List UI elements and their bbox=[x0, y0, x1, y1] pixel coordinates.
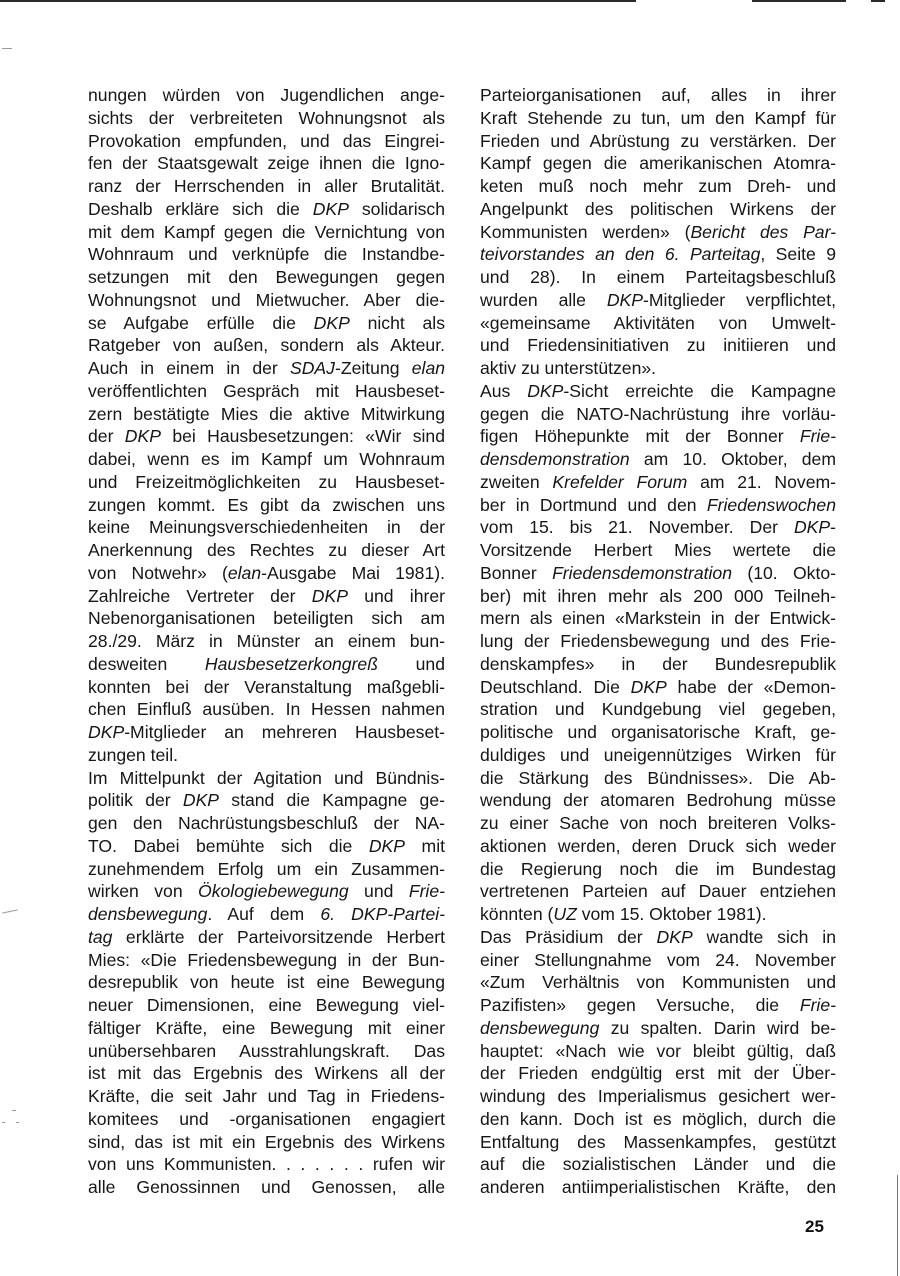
text-line: alle Genossinnen und Genossen, alle bbox=[88, 1176, 445, 1199]
scan-speck bbox=[2, 909, 18, 913]
text-line: ranz der Herrschenden in aller Brutalitä… bbox=[88, 175, 445, 198]
text-line: Bonner Friedensdemonstration (10. Okto- bbox=[480, 562, 836, 585]
text-line: aktiv zu unterstützen». bbox=[480, 357, 836, 380]
right-edge-rule bbox=[897, 1175, 898, 1276]
text-line: ber) mit ihren mehr als 200 000 Teilneh- bbox=[480, 585, 836, 608]
top-rule-left bbox=[0, 0, 636, 2]
text-line: veröffentlichten Gespräch mit Hausbeset- bbox=[88, 380, 445, 403]
text-line: der DKP bei Hausbesetzungen: «Wir sind bbox=[88, 425, 445, 448]
text-line: Pazifisten» gegen Versuche, die Frie- bbox=[480, 994, 836, 1017]
text-line: «gemeinsame Aktivitäten von Umwelt- bbox=[480, 312, 836, 335]
text-line: windung des Imperialismus gesichert wer- bbox=[480, 1085, 836, 1108]
text-line: komitees und -organisationen engagiert bbox=[88, 1108, 445, 1131]
text-line: figen Höhepunkte mit der Bonner Frie- bbox=[480, 425, 836, 448]
text-line: Kampf gegen die amerikanischen Atomra- bbox=[480, 152, 836, 175]
text-line: wirken von Ökologiebewegung und Frie- bbox=[88, 880, 445, 903]
text-line: Aus DKP-Sicht erreichte die Kampagne bbox=[480, 380, 836, 403]
text-line: nungen würden von Jugendlichen ange- bbox=[88, 84, 445, 107]
text-line: Parteiorganisationen auf, alles in ihrer bbox=[480, 84, 836, 107]
text-line: Nebenorganisationen beteiligten sich am bbox=[88, 607, 445, 630]
text-line: ist mit das Ergebnis des Wirkens all der bbox=[88, 1062, 445, 1085]
text-line: densbewegung. Auf dem 6. DKP-Partei- bbox=[88, 903, 445, 926]
text-line: «Zum Verhältnis von Kommunisten und bbox=[480, 971, 836, 994]
text-line: densdemonstration am 10. Oktober, dem bbox=[480, 448, 836, 471]
text-line: tag erklärte der Parteivorsitzende Herbe… bbox=[88, 926, 445, 949]
text-line: Kräfte, die seit Jahr und Tag in Frieden… bbox=[88, 1085, 445, 1108]
text-line: Deshalb erkläre sich die DKP solidarisch bbox=[88, 198, 445, 221]
page-number: 25 bbox=[805, 1217, 824, 1237]
text-line: zu einer Sache von noch breiteren Volks- bbox=[480, 812, 836, 835]
text-line: stration und Kundgebung viel gegeben, bbox=[480, 698, 836, 721]
text-line: lung der Friedensbewegung und des Frie- bbox=[480, 630, 836, 653]
text-line: Deutschland. Die DKP habe der «Demon- bbox=[480, 676, 836, 699]
text-line: zweiten Krefelder Forum am 21. Novem- bbox=[480, 471, 836, 494]
text-line: desweiten Hausbesetzerkongreß und bbox=[88, 653, 445, 676]
text-line: und 28). In einem Parteitagsbeschluß bbox=[480, 266, 836, 289]
text-line: zern bestätigte Mies die aktive Mitwirku… bbox=[88, 403, 445, 426]
text-line: wurden alle DKP-Mitglieder verpflichtet, bbox=[480, 289, 836, 312]
text-line: sichts der verbreiteten Wohnungsnot als bbox=[88, 107, 445, 130]
text-line: konnten bei der Veranstaltung maßgebli- bbox=[88, 676, 445, 699]
text-line: Entfaltung des Massenkampfes, gestützt bbox=[480, 1131, 836, 1154]
text-line: Mies: «Die Friedensbewegung in der Bun- bbox=[88, 949, 445, 972]
text-line: zungen teil. bbox=[88, 744, 445, 767]
text-line: den kann. Doch ist es möglich, durch die bbox=[480, 1108, 836, 1131]
text-line: Auch in einem in der SDAJ-Zeitung elan bbox=[88, 357, 445, 380]
text-column-left: nungen würden von Jugendlichen ange-sich… bbox=[88, 84, 445, 1199]
text-line: zunehmendem Erfolg um ein Zusammen- bbox=[88, 858, 445, 881]
text-line: fen der Staatsgewalt zeige ihnen die Ign… bbox=[88, 152, 445, 175]
text-line: Kommunisten werden» (Bericht des Par- bbox=[480, 221, 836, 244]
text-line: Anerkennung des Rechtes zu dieser Art bbox=[88, 539, 445, 562]
text-line: ber in Dortmund und den Friedenswochen bbox=[480, 494, 836, 517]
text-line: Angelpunkt des politischen Wirkens der bbox=[480, 198, 836, 221]
text-column-right: Parteiorganisationen auf, alles in ihrer… bbox=[480, 84, 836, 1199]
text-line: sind, das ist mit ein Ergebnis des Wirke… bbox=[88, 1131, 445, 1154]
text-line: politische und organisatorische Kraft, g… bbox=[480, 721, 836, 744]
text-line: unübersehbaren Ausstrahlungskraft. Das bbox=[88, 1040, 445, 1063]
text-line: Zahlreiche Vertreter der DKP und ihrer bbox=[88, 585, 445, 608]
text-line: denskampfes» in der Bundesrepublik bbox=[480, 653, 836, 676]
scan-speck bbox=[2, 48, 12, 49]
text-line: einer Stellungnahme vom 24. November bbox=[480, 949, 836, 972]
text-line: die Regierung noch die im Bundestag bbox=[480, 858, 836, 881]
text-line: Kraft Stehende zu tun, um den Kampf für bbox=[480, 107, 836, 130]
text-line: se Aufgabe erfülle die DKP nicht als bbox=[88, 312, 445, 335]
text-line: auf die sozialistischen Länder und die bbox=[480, 1153, 836, 1176]
text-line: der Frieden endgültig erst mit der Über- bbox=[480, 1062, 836, 1085]
text-line: desrepublik von heute ist eine Bewegung bbox=[88, 971, 445, 994]
text-line: hauptet: «Nach wie vor bleibt gültig, da… bbox=[480, 1040, 836, 1063]
scan-speck bbox=[16, 1122, 19, 1123]
text-line: teivorstandes an den 6. Parteitag, Seite… bbox=[480, 243, 836, 266]
top-rule-right bbox=[871, 0, 885, 2]
text-line: Provokation empfunden, und das Eingrei- bbox=[88, 130, 445, 153]
text-line: aktionen werden, deren Druck sich weder bbox=[480, 835, 836, 858]
scan-speck bbox=[2, 1122, 5, 1123]
text-line: Im Mittelpunkt der Agitation und Bündnis… bbox=[88, 767, 445, 790]
text-line: 28./29. März in Münster an einem bun- bbox=[88, 630, 445, 653]
text-line: Vorsitzende Herbert Mies wertete die bbox=[480, 539, 836, 562]
text-line: dabei, wenn es im Kampf um Wohnraum bbox=[88, 448, 445, 471]
text-line: mern als einen «Markstein in der Entwick… bbox=[480, 607, 836, 630]
text-line: könnten (UZ vom 15. Oktober 1981). bbox=[480, 903, 836, 926]
text-line: anderen antiimperialistischen Kräfte, de… bbox=[480, 1176, 836, 1199]
text-line: Das Präsidium der DKP wandte sich in bbox=[480, 926, 836, 949]
text-line: mit dem Kampf gegen die Vernichtung von bbox=[88, 221, 445, 244]
text-line: keten muß noch mehr zum Dreh- und bbox=[480, 175, 836, 198]
text-line: setzungen mit den Bewegungen gegen bbox=[88, 266, 445, 289]
text-line: und Friedensinitiativen zu initiieren un… bbox=[480, 334, 836, 357]
text-line: zungen kommt. Es gibt da zwischen uns bbox=[88, 494, 445, 517]
text-line: vom 15. bis 21. November. Der DKP- bbox=[480, 516, 836, 539]
text-line: Wohnraum und verknüpfe die Instandbe- bbox=[88, 243, 445, 266]
text-line: Frieden und Abrüstung zu verstärken. Der bbox=[480, 130, 836, 153]
text-line: vertretenen Parteien auf Dauer entziehen bbox=[480, 880, 836, 903]
text-line: fältiger Kräfte, eine Bewegung mit einer bbox=[88, 1017, 445, 1040]
text-line: von uns Kommunisten. . . . . . . rufen w… bbox=[88, 1153, 445, 1176]
scan-speck bbox=[12, 1110, 16, 1111]
text-line: keine Meinungsverschiedenheiten in der bbox=[88, 516, 445, 539]
text-line: DKP-Mitglieder an mehreren Hausbeset- bbox=[88, 721, 445, 744]
text-line: Wohnungsnot und Mietwucher. Aber die- bbox=[88, 289, 445, 312]
text-line: von Notwehr» (elan-Ausgabe Mai 1981). bbox=[88, 562, 445, 585]
text-line: duldiges und uneigennütziges Wirken für bbox=[480, 744, 836, 767]
text-line: chen Einfluß ausüben. In Hessen nahmen bbox=[88, 698, 445, 721]
text-line: gen den Nachrüstungsbeschluß der NA- bbox=[88, 812, 445, 835]
text-line: die Stärkung des Bündnisses». Die Ab- bbox=[480, 767, 836, 790]
text-line: neuer Dimensionen, eine Bewegung viel- bbox=[88, 994, 445, 1017]
text-line: densbewegung zu spalten. Darin wird be- bbox=[480, 1017, 836, 1040]
text-line: politik der DKP stand die Kampagne ge- bbox=[88, 789, 445, 812]
top-rule-middle bbox=[752, 0, 846, 2]
text-line: TO. Dabei bemühte sich die DKP mit bbox=[88, 835, 445, 858]
text-line: Ratgeber von außen, sondern als Akteur. bbox=[88, 334, 445, 357]
text-line: gegen die NATO-Nachrüstung ihre vorläu- bbox=[480, 403, 836, 426]
text-line: und Freizeitmöglichkeiten zu Hausbeset- bbox=[88, 471, 445, 494]
text-line: wendung der atomaren Bedrohung müsse bbox=[480, 789, 836, 812]
